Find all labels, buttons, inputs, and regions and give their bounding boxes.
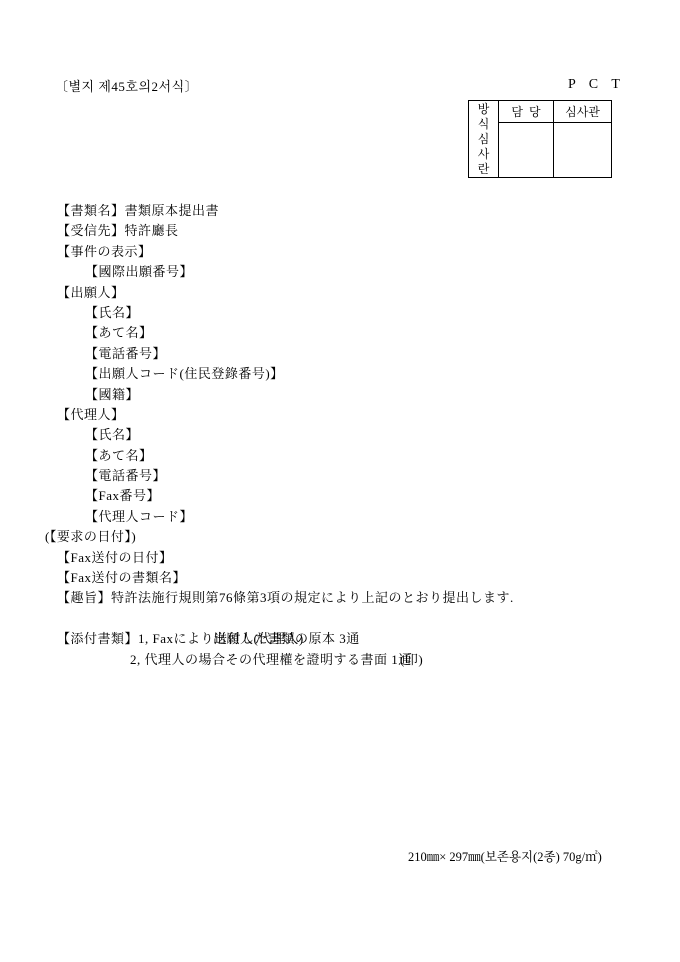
side-char: 심	[478, 133, 490, 145]
field-agent-name: 【氏名】	[0, 425, 680, 445]
in-charge-empty-cell	[499, 123, 553, 177]
signature-applicant-agent: 出願人(代理人)	[213, 629, 304, 649]
field-applicant-name: 【氏名】	[0, 303, 680, 323]
in-charge-header: 담 당	[499, 101, 553, 123]
field-request-date: (【要求の日付】)	[0, 527, 680, 547]
field-intl-application-no: 【國際出願番号】	[0, 262, 680, 282]
signature-seal-mark: (印)	[400, 650, 423, 670]
pct-label: P C T	[568, 77, 625, 93]
field-agent-fax: 【Fax番号】	[0, 486, 680, 506]
examiner-header: 심사관	[554, 101, 611, 123]
in-charge-column: 담 당	[499, 101, 554, 177]
field-addressee: 【受信先】特許廳長	[0, 221, 680, 241]
formality-exam-side-label: 방 식 심 사 란	[469, 101, 499, 177]
side-char: 사	[478, 148, 490, 160]
field-attached-doc-1: 【添付書類】1, Faxにより送付した書類の原本 3通	[0, 629, 680, 649]
field-fax-sent-doc-name: 【Fax送付の書類名】	[0, 568, 680, 588]
side-char: 방	[478, 103, 490, 115]
field-agent-phone: 【電話番号】	[0, 466, 680, 486]
formality-exam-table: 방 식 심 사 란 담 당 심사관	[468, 100, 612, 178]
side-char: 식	[478, 118, 490, 130]
field-nationality: 【國籍】	[0, 385, 680, 405]
form-body: 【書類名】書類原本提出書 【受信先】特許廳長 【事件の表示】 【國際出願番号】 …	[0, 201, 680, 670]
field-attached-doc-2: 2, 代理人の場合その代理權を證明する書面 1通	[0, 650, 680, 670]
field-applicant-phone: 【電話番号】	[0, 344, 680, 364]
field-applicant-code: 【出願人コード(住民登錄番号)】	[0, 364, 680, 384]
signature-line: 出願人(代理人) (印)	[0, 609, 680, 629]
field-agent: 【代理人】	[0, 405, 680, 425]
field-purport: 【趣旨】特許法施行規則第76條第3項の規定により上記のとおり提出します.	[0, 588, 680, 608]
field-applicant-address: 【あて名】	[0, 323, 680, 343]
paper-spec-label: 210㎜× 297㎜(보존용지(2종) 70g/㎡)	[408, 847, 602, 865]
document-page: 〔별지 제45호의2서식〕 P C T 방 식 심 사 란 담 당 심사관 【書…	[0, 0, 680, 962]
field-agent-code: 【代理人コード】	[0, 507, 680, 527]
side-char: 란	[478, 163, 490, 175]
examiner-empty-cell	[554, 123, 611, 177]
field-applicant: 【出願人】	[0, 283, 680, 303]
form-reference-label: 〔별지 제45호의2서식〕	[55, 76, 198, 95]
field-case-indication: 【事件の表示】	[0, 242, 680, 262]
field-agent-address: 【あて名】	[0, 446, 680, 466]
examiner-column: 심사관	[554, 101, 611, 177]
field-fax-sent-date: 【Fax送付の日付】	[0, 548, 680, 568]
field-document-name: 【書類名】書類原本提出書	[0, 201, 680, 221]
